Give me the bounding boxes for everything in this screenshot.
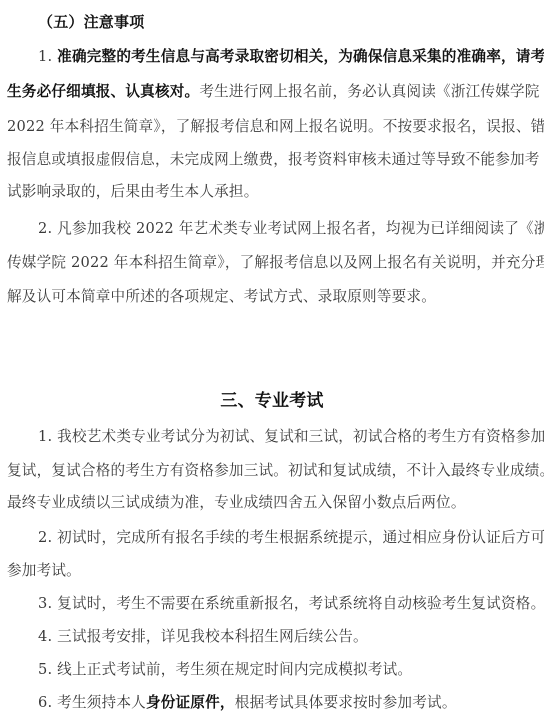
section-3-item-4: 4. 三试报考安排，详见我校本科招生网后续公告。: [0, 627, 544, 647]
body-text: 6. 考生须持本人: [38, 694, 146, 711]
section-3-item-3: 3. 复试时，考生不需要在系统重新报名，考试系统将自动核验考生复试资格。: [0, 594, 544, 614]
bold-emphasis: 生务必仔细填报、认真核对。: [7, 83, 199, 100]
notes-item-1-line-2: 生务必仔细填报、认真核对。考生进行网上报名前，务必认真阅读《浙江传媒学院: [0, 82, 544, 102]
section-3-item-1-line-3: 最终专业成绩以三试成绩为准，专业成绩四舍五入保留小数点后两位。: [0, 493, 544, 513]
item-number: 1.: [38, 48, 57, 65]
section-3-item-1-line-1: 1. 我校艺术类专业考试分为初试、复试和三试，初试合格的考生方有资格参加: [0, 427, 544, 447]
body-text: 根据考试具体要求按时参加考试。: [235, 694, 457, 711]
notes-item-2-line-3: 解及认可本简章中所述的各项规定、考试方式、录取原则等要求。: [0, 287, 544, 307]
notes-item-1-line-1: 1. 准确完整的考生信息与高考录取密切相关，为确保信息采集的准确率，请考: [0, 47, 544, 67]
section-3-item-2-line-1: 2. 初试时，完成所有报名手续的考生根据系统提示，通过相应身份认证后方可: [0, 528, 544, 548]
section-3-item-2-line-2: 参加考试。: [0, 561, 544, 581]
notes-item-1-line-3: 2022 年本科招生简章》，了解报考信息和网上报名说明。不按要求报名，误报、错: [0, 117, 544, 137]
section-3-item-6: 6. 考生须持本人身份证原件，根据考试具体要求按时参加考试。: [0, 693, 544, 713]
section-3-item-5: 5. 线上正式考试前，考生须在规定时间内完成模拟考试。: [0, 660, 544, 680]
notes-item-1-line-4: 报信息或填报虚假信息，未完成网上缴费，报考资料审核未通过等导致不能参加考: [0, 150, 544, 170]
notes-item-2-line-1: 2. 凡参加我校 2022 年艺术类专业考试网上报名者，均视为已详细阅读了《浙江: [0, 219, 544, 239]
section-3-item-1-line-2: 复试，复试合格的考生方有资格参加三试。初试和复试成绩，不计入最终专业成绩。: [0, 461, 544, 481]
notes-heading: （五）注意事项: [38, 12, 144, 32]
bold-emphasis: 准确完整的考生信息与高考录取密切相关，为确保信息采集的准确率，请考: [57, 48, 544, 65]
notes-item-2-line-2: 传媒学院 2022 年本科招生简章》，了解报考信息以及网上报名有关说明，并充分理: [0, 253, 544, 273]
body-text: 考生进行网上报名前，务必认真阅读《浙江传媒学院: [199, 83, 539, 100]
notes-item-1-line-5: 试影响录取的，后果由考生本人承担。: [0, 182, 544, 202]
section-3-title: 三、专业考试: [0, 391, 544, 411]
bold-emphasis: 身份证原件，: [146, 694, 235, 711]
